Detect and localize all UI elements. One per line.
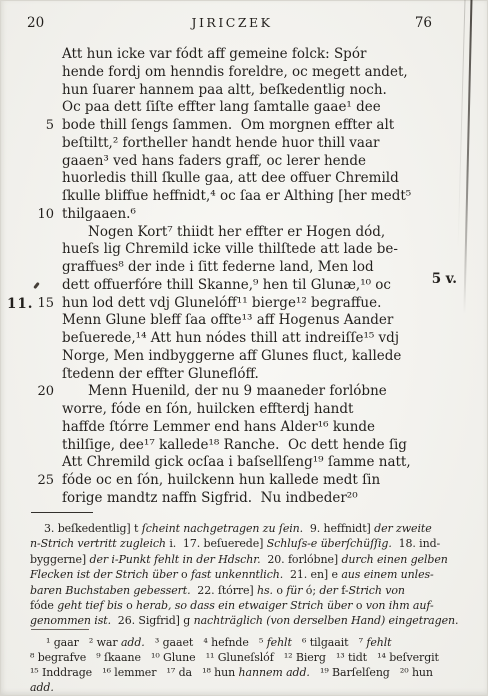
text-line: hende fordj om henndis foreldre, oc mege… [30, 64, 442, 82]
line-number: 20 [30, 383, 62, 401]
line-number [30, 490, 62, 508]
apparatus-line: 3. beſkedentlig] t ſcheint nachgetragen … [30, 521, 460, 536]
text-line-content: Att Chremild gick ocſaa i baſsellſeng¹⁹ … [62, 454, 411, 472]
text-line: Oc paa dett ſiſte effter lang ſamtalle g… [30, 99, 442, 117]
text-line-content: bode thill ſengs ſammen. Om morgnen efft… [62, 117, 394, 135]
line-number [30, 419, 62, 437]
line-number [30, 366, 62, 384]
main-text-block: Att hun icke var fódt aff gemeine folck:… [30, 46, 442, 508]
line-number: 25 [30, 472, 62, 490]
line-number [30, 153, 62, 171]
apparatus-separator-rule [31, 512, 93, 513]
text-line-content: gaaen³ ved hans faders graff, oc lerer h… [62, 153, 366, 171]
text-line: huorledis thill ſkulle gaa, att dee offu… [30, 170, 442, 188]
line-number [30, 241, 62, 259]
text-line: hun ſuarer hannem paa altt, beſkedentlig… [30, 82, 442, 100]
text-line: beſtiltt,² fortheller handt hende huor t… [30, 135, 442, 153]
footnote-line: ¹⁵ Inddrage ¹⁶ lemmer ¹⁷ da ¹⁸ hun hanne… [30, 665, 460, 695]
line-number [30, 437, 62, 455]
text-line-content: fóde oc en ſón, huilckenn hun kallede me… [62, 472, 380, 490]
line-number [30, 46, 62, 64]
text-line: 10thilgaaen.⁶ [30, 206, 442, 224]
line-number [30, 401, 62, 419]
text-line: 15hun lod dett vdj Glunelóff¹¹ bierge¹² … [30, 295, 442, 313]
text-line-content: hueſs lig Chremild icke ville thilſtede … [62, 241, 398, 259]
text-line: worre, fóde en ſón, huilcken effterdj ha… [30, 401, 442, 419]
page-number-right: 76 [415, 15, 432, 31]
line-number [30, 135, 62, 153]
text-line-content: worre, fóde en ſón, huilcken effterdj ha… [62, 401, 353, 419]
text-line-content: hun ſuarer hannem paa altt, beſkedentlig… [62, 82, 387, 100]
line-number [30, 170, 62, 188]
line-number [30, 99, 62, 117]
line-number: 15 [30, 295, 62, 313]
text-line: ſtedenn der effter Gluneflóff. [30, 366, 442, 384]
line-number [30, 188, 62, 206]
apparatus-line: n-Strich vertritt zugleich i. 17. beſuer… [30, 536, 460, 551]
text-line-content: beſtiltt,² fortheller handt hende huor t… [62, 135, 380, 153]
margin-chapter-number: 11. [7, 296, 34, 312]
text-line: 5bode thill ſengs ſammen. Om morgnen eff… [30, 117, 442, 135]
text-line: Menn Glune bleff ſaa offte¹³ aff Hogenus… [30, 312, 442, 330]
text-line-content: hende fordj om henndis foreldre, oc mege… [62, 64, 408, 82]
text-line-content: Att hun icke var fódt aff gemeine folck:… [62, 46, 366, 64]
text-line-content: forige mandtz naffn Sigfrid. Nu indbeder… [62, 490, 358, 508]
line-number [30, 312, 62, 330]
text-line: thilſige, dee¹⁷ kallede¹⁸ Ranche. Oc det… [30, 437, 442, 455]
line-number: 5 [30, 117, 62, 135]
text-line: haffde ſtórre Lemmer end hans Alder¹⁶ ku… [30, 419, 442, 437]
line-number: 10 [30, 206, 62, 224]
page-header: 20 JIRICZEK 76 [0, 15, 488, 35]
footnote-line: ⁸ begrafve ⁹ ſkaane ¹⁰ Glune ¹¹ Gluneſsl… [30, 650, 460, 665]
apparatus-line: Flecken ist der Strich über o fast unken… [30, 567, 460, 582]
text-line: Norge, Men indbyggerne aff Glunes fluct,… [30, 348, 442, 366]
text-line-content: hun lod dett vdj Glunelóff¹¹ bierge¹² be… [62, 295, 381, 313]
text-line: 25fóde oc en ſón, huilckenn hun kallede … [30, 472, 442, 490]
footnote-separator-rule [31, 629, 89, 630]
text-line: forige mandtz naffn Sigfrid. Nu indbeder… [30, 490, 442, 508]
critical-apparatus-block: 3. beſkedentlig] t ſcheint nachgetragen … [30, 521, 460, 629]
line-number [30, 224, 62, 242]
text-line-content: ſkulle bliffue heffnidt,⁴ oc ſaa er Alth… [62, 188, 411, 206]
line-number [30, 82, 62, 100]
text-line: 20Menn Huenild, der nu 9 maaneder forlób… [30, 383, 442, 401]
text-line-content: thilſige, dee¹⁷ kallede¹⁸ Ranche. Oc det… [62, 437, 407, 455]
text-line: graffues⁸ der inde i ſitt federne land, … [30, 259, 442, 277]
line-number [30, 64, 62, 82]
variant-footnotes-block: ¹ gaar ² war add. ³ gaaet ⁴ hefnde ⁵ feh… [30, 635, 460, 695]
margin-folio-reference: 5 v. [432, 271, 457, 287]
text-line: ſkulle bliffue heffnidt,⁴ oc ſaa er Alth… [30, 188, 442, 206]
text-line-content: haffde ſtórre Lemmer end hans Alder¹⁶ ku… [62, 419, 375, 437]
running-title: JIRICZEK [0, 15, 464, 30]
text-line: Nogen Kort⁷ thiidt her effter er Hogen d… [30, 224, 442, 242]
text-line-content: Oc paa dett ſiſte effter lang ſamtalle g… [62, 99, 381, 117]
line-number [30, 454, 62, 472]
text-line-content: ſtedenn der effter Gluneflóff. [62, 366, 259, 384]
scan-edge-artifact [463, 0, 472, 314]
footnote-line: ¹ gaar ² war add. ³ gaaet ⁴ hefnde ⁵ feh… [30, 635, 460, 650]
scanned-book-page: 20 JIRICZEK 76 Att hun icke var fódt aff… [0, 0, 488, 696]
text-line-content: graffues⁸ der inde i ſitt federne land, … [62, 259, 374, 277]
text-line: gaaen³ ved hans faders graff, oc lerer h… [30, 153, 442, 171]
apparatus-line: genommen ist. 26. Sigfrid] g nachträglic… [30, 613, 460, 628]
apparatus-line: byggerne] der i-Punkt fehlt in der Hdsch… [30, 552, 460, 567]
line-number [30, 348, 62, 366]
scan-edge-artifact-faint [458, 0, 466, 250]
text-line: Att Chremild gick ocſaa i baſsellſeng¹⁹ … [30, 454, 442, 472]
text-line-content: dett offuerfóre thill Skanne,⁹ hen til G… [62, 277, 391, 295]
text-line: dett offuerfóre thill Skanne,⁹ hen til G… [30, 277, 442, 295]
text-line: Att hun icke var fódt aff gemeine folck:… [30, 46, 442, 64]
text-line-content: thilgaaen.⁶ [62, 206, 136, 224]
text-line: beſuerede,¹⁴ Att hun nódes thill att ind… [30, 330, 442, 348]
text-line-content: huorledis thill ſkulle gaa, att dee offu… [62, 170, 399, 188]
apparatus-line: fóde geht tief bis o herab, so dass ein … [30, 598, 460, 613]
line-number [30, 330, 62, 348]
line-number [30, 259, 62, 277]
text-line-content: Nogen Kort⁷ thiidt her effter er Hogen d… [62, 224, 385, 242]
text-line-content: Menn Glune bleff ſaa offte¹³ aff Hogenus… [62, 312, 393, 330]
text-line: hueſs lig Chremild icke ville thilſtede … [30, 241, 442, 259]
apparatus-line: baren Buchstaben gebessert. 22. ſtórre] … [30, 583, 460, 598]
text-line-content: beſuerede,¹⁴ Att hun nódes thill att ind… [62, 330, 399, 348]
text-line-content: Norge, Men indbyggerne aff Glunes fluct,… [62, 348, 401, 366]
text-line-content: Menn Huenild, der nu 9 maaneder forlóbne [62, 383, 387, 401]
